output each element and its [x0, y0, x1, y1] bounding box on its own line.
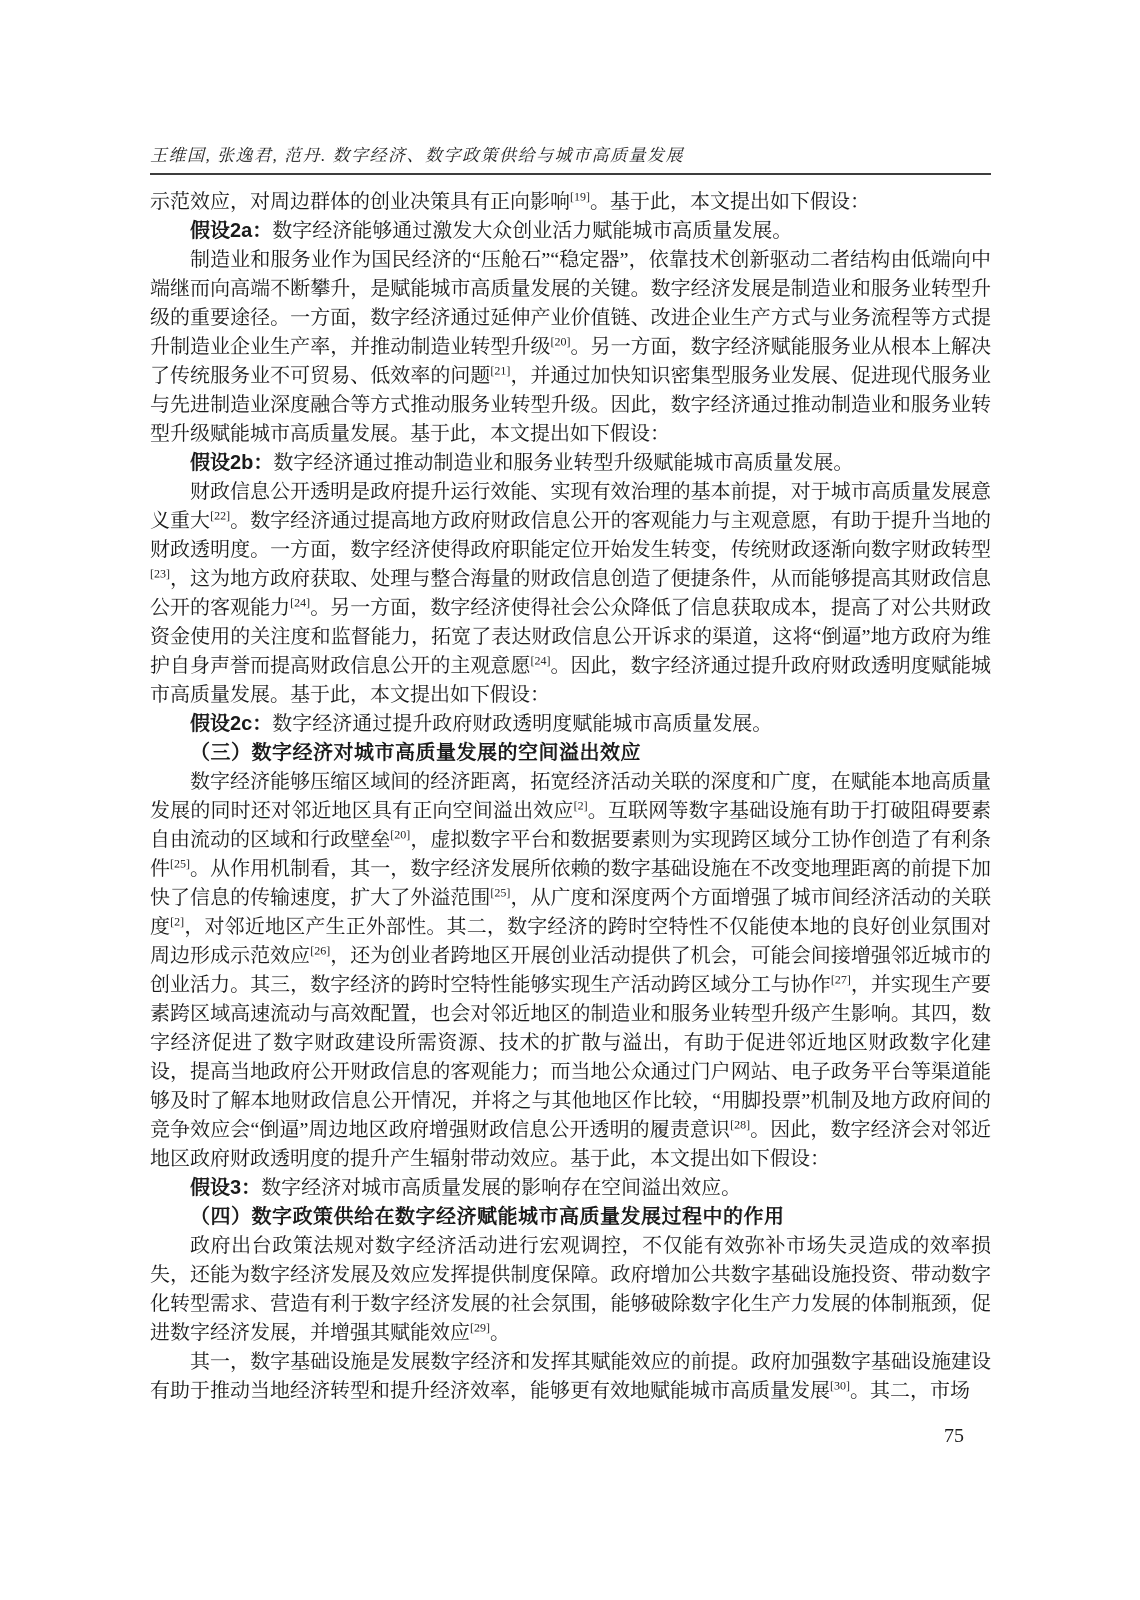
citation-marker: [29] — [470, 1320, 490, 1334]
hypothesis-statement: 假设2c：数字经济通过提升政府财政透明度赋能城市高质量发展。 — [150, 710, 991, 739]
citation-marker: [27] — [831, 972, 851, 986]
citation-marker: [20] — [390, 827, 410, 841]
citation-marker: [20] — [551, 334, 571, 348]
hypothesis-statement: 假设2b：数字经济通过推动制造业和服务业转型升级赋能城市高质量发展。 — [150, 449, 991, 478]
citation-marker: [19] — [570, 189, 590, 203]
hypothesis-statement: 假设3：数字经济对城市高质量发展的影响存在空间溢出效应。 — [150, 1174, 991, 1203]
citation-marker: [2] — [574, 798, 588, 812]
page-content-area: 王维国, 张逸君, 范丹. 数字经济、数字政策供给与城市高质量发展 示范效应，对… — [150, 0, 991, 1406]
citation-marker: [24] — [290, 595, 310, 609]
body-paragraph: 数字经济能够压缩区域间的经济距离，拓宽经济活动关联的深度和广度，在赋能本地高质量… — [150, 768, 991, 1174]
citation-marker: [26] — [310, 943, 330, 957]
body-paragraph: 政府出台政策法规对数字经济活动进行宏观调控，不仅能有效弥补市场失灵造成的效率损失… — [150, 1232, 991, 1348]
body-paragraph: 财政信息公开透明是政府提升运行效能、实现有效治理的基本前提，对于城市高质量发展意… — [150, 478, 991, 710]
body-paragraph: 其一，数字基础设施是发展数字经济和发挥其赋能效应的前提。政府加强数字基础设施建设… — [150, 1348, 991, 1406]
hypothesis-label: 假设3： — [190, 1177, 261, 1199]
section-heading: （四）数字政策供给在数字经济赋能城市高质量发展过程中的作用 — [150, 1203, 991, 1232]
page-number: 75 — [944, 1425, 964, 1448]
article-body: 示范效应，对周边群体的创业决策具有正向影响[19]。基于此，本文提出如下假设：假… — [150, 188, 991, 1406]
citation-marker: [21] — [490, 363, 510, 377]
hypothesis-statement: 假设2a：数字经济能够通过激发大众创业活力赋能城市高质量发展。 — [150, 217, 991, 246]
hypothesis-label: 假设2a： — [190, 220, 272, 242]
paper-page: 王维国, 张逸君, 范丹. 数字经济、数字政策供给与城市高质量发展 示范效应，对… — [0, 0, 1140, 1600]
citation-marker: [22] — [210, 508, 230, 522]
citation-marker: [24] — [530, 653, 550, 667]
citation-marker: [25] — [490, 885, 510, 899]
hypothesis-label: 假设2c： — [190, 713, 272, 735]
citation-marker: [25] — [170, 856, 190, 870]
header-rule — [150, 173, 991, 175]
hypothesis-label: 假设2b： — [190, 452, 273, 474]
citation-marker: [2] — [170, 914, 184, 928]
body-paragraph: 示范效应，对周边群体的创业决策具有正向影响[19]。基于此，本文提出如下假设： — [150, 188, 991, 217]
citation-marker: [23] — [150, 566, 170, 580]
citation-marker: [30] — [830, 1378, 850, 1392]
citation-marker: [28] — [730, 1117, 750, 1131]
running-head: 王维国, 张逸君, 范丹. 数字经济、数字政策供给与城市高质量发展 — [150, 146, 991, 166]
section-heading: （三）数字经济对城市高质量发展的空间溢出效应 — [150, 739, 991, 768]
body-paragraph: 制造业和服务业作为国民经济的“压舱石”“稳定器”，依靠技术创新驱动二者结构由低端… — [150, 246, 991, 449]
